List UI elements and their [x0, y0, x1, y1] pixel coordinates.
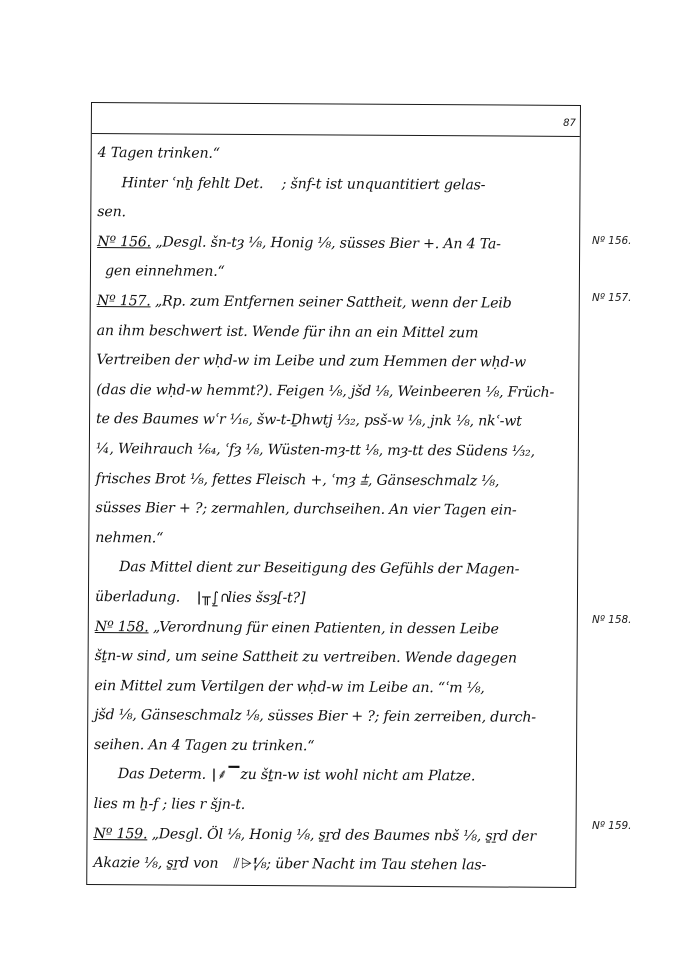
manuscript-body: 4 Tagen trinken.“ Hinter ʿnẖ fehlt Det.… [93, 139, 576, 882]
line-text: „Verordnung für einen Patienten, in dess… [149, 619, 499, 637]
line-text: Akazie ⅛, s̱ṟd von ⅛; über Nacht im Tau… [93, 855, 486, 873]
page-frame: 87 4 Tagen trinken.“ Hinter ʿnẖ fehlt D… [86, 102, 581, 888]
line-text: seihen. An 4 Tagen zu trinken.“ [94, 737, 314, 754]
text-line: an ihm beschwert ist. Wende für ihn an e… [97, 317, 575, 350]
entry-159-line: Nº 159. „Desgl. Öl ⅛, Honig ⅛, s̱ṟd des… [93, 820, 571, 853]
line-text: „Desgl. Öl ⅛, Honig ⅛, s̱ṟd des Baumes … [147, 826, 536, 844]
margin-note-159: Nº 159. [592, 820, 632, 832]
margin-note-156: Nº 156. [592, 235, 632, 247]
line-text: Hinter ʿnẖ fehlt Det. ; šnf-t ist unqua… [121, 175, 485, 193]
page-header: 87 [92, 103, 580, 137]
line-text: frisches Brot ⅛, fettes Fleisch +, ʿmȝ ⩲… [96, 471, 500, 489]
margin-note-157: Nº 157. [592, 292, 632, 304]
entry-number-158: Nº 158. [95, 619, 149, 635]
line-text: an ihm beschwert ist. Wende für ihn an e… [97, 323, 479, 341]
line-text: lies m ẖ-f ; lies r šjn-t. [94, 796, 245, 813]
text-line: ein Mittel zum Vertilgen der wḥd-w im L… [94, 672, 572, 705]
text-line: ¼, Weihrauch ¹⁄₆₄, ʿfȝ ⅛, Wüsten-mȝ-tt ⅛… [96, 435, 574, 468]
line-text: sen. [97, 204, 126, 220]
line-text: jšd ⅛, Gänseschmalz ⅛, süsses Bier + ?; … [94, 707, 536, 726]
text-line: überladung. lies šsȝ[-t?] ǀ╥⨜∩ [95, 583, 573, 616]
text-line: jšd ⅛, Gänseschmalz ⅛, süsses Bier + ?; … [94, 701, 572, 734]
line-text: šṯn-w sind, um seine Sattheit zu vertre… [95, 648, 517, 667]
text-line: Hinter ʿnẖ fehlt Det. ; šnf-t ist unqua… [97, 169, 575, 202]
text-line: te des Baumes wʿr ¹⁄₁₆, šw-t-Ḏhwtj ¹⁄₃₂… [96, 405, 574, 438]
text-line: Vertreiben der wḥd-w im Leibe und zum H… [96, 346, 574, 379]
entry-number-159: Nº 159. [93, 826, 147, 842]
text-line: Akazie ⅛, s̱ṟd von ⅛; über Nacht im Tau… [93, 849, 571, 882]
hieroglyph-group-icon: ǀ╥⨜∩ [197, 584, 231, 614]
text-line: seihen. An 4 Tagen zu trinken.“ [94, 731, 572, 764]
line-text: gen einnehmen.“ [105, 263, 225, 280]
margin-note-158: Nº 158. [592, 614, 632, 626]
determinative-glyph-icon: ǀ⸙▔ [212, 761, 241, 791]
text-line: šṯn-w sind, um seine Sattheit zu vertre… [95, 642, 573, 675]
entry-158-line: Nº 158. „Verordnung für einen Patienten,… [95, 613, 573, 646]
line-text: nehmen.“ [95, 530, 163, 546]
text-line: süsses Bier + ?; zermahlen, durchseihen.… [95, 494, 573, 527]
line-text: ¼, Weihrauch ¹⁄₆₄, ʿfȝ ⅛, Wüsten-mȝ-tt ⅛… [96, 441, 535, 460]
hieroglyph-group-icon: ⫽⩥¦ [233, 850, 258, 880]
entry-number-157: Nº 157. [97, 293, 151, 309]
text-line: Das Mittel dient zur Beseitigung des Gef… [95, 553, 573, 586]
text-line: nehmen.“ [95, 524, 573, 557]
text-line: sen. [97, 198, 575, 231]
text-line: (das die wḥd-w hemmt?). Feigen ⅛, jšd ⅛… [96, 376, 574, 409]
line-text: „Rp. zum Entfernen seiner Sattheit, wenn… [151, 293, 512, 311]
text-line: lies m ẖ-f ; lies r šjn-t. [94, 790, 572, 823]
line-text: ein Mittel zum Vertilgen der wḥd-w im L… [94, 678, 484, 696]
line-text: Das Mittel dient zur Beseitigung des Gef… [119, 559, 519, 577]
entry-number-156: Nº 156. [97, 234, 151, 250]
text-line: gen einnehmen.“ [97, 257, 575, 290]
line-text: süsses Bier + ?; zermahlen, durchseihen.… [95, 500, 516, 519]
line-text: Vertreiben der wḥd-w im Leibe und zum H… [96, 352, 526, 371]
line-text: Das Determ. zu šṯn-w ist wohl nicht am … [118, 767, 475, 785]
line-text: 4 Tagen trinken.“ [98, 145, 220, 162]
text-line: frisches Brot ⅛, fettes Fleisch +, ʿmȝ ⩲… [96, 465, 574, 498]
text-line: Das Determ. zu šṯn-w ist wohl nicht am … [94, 760, 572, 793]
entry-157-line: Nº 157. „Rp. zum Entfernen seiner Satthe… [97, 287, 575, 320]
page-number: 87 [563, 118, 576, 129]
line-text: „Desgl. šn-tȝ ⅛, Honig ⅛, süsses Bier +.… [151, 234, 501, 252]
entry-156-line: Nº 156. „Desgl. šn-tȝ ⅛, Honig ⅛, süsses… [97, 228, 575, 261]
text-line: 4 Tagen trinken.“ [98, 139, 576, 172]
line-text: te des Baumes wʿr ¹⁄₁₆, šw-t-Ḏhwtj ¹⁄₃₂… [96, 411, 522, 430]
line-text: (das die wḥd-w hemmt?). Feigen ⅛, jšd ⅛… [96, 382, 554, 401]
